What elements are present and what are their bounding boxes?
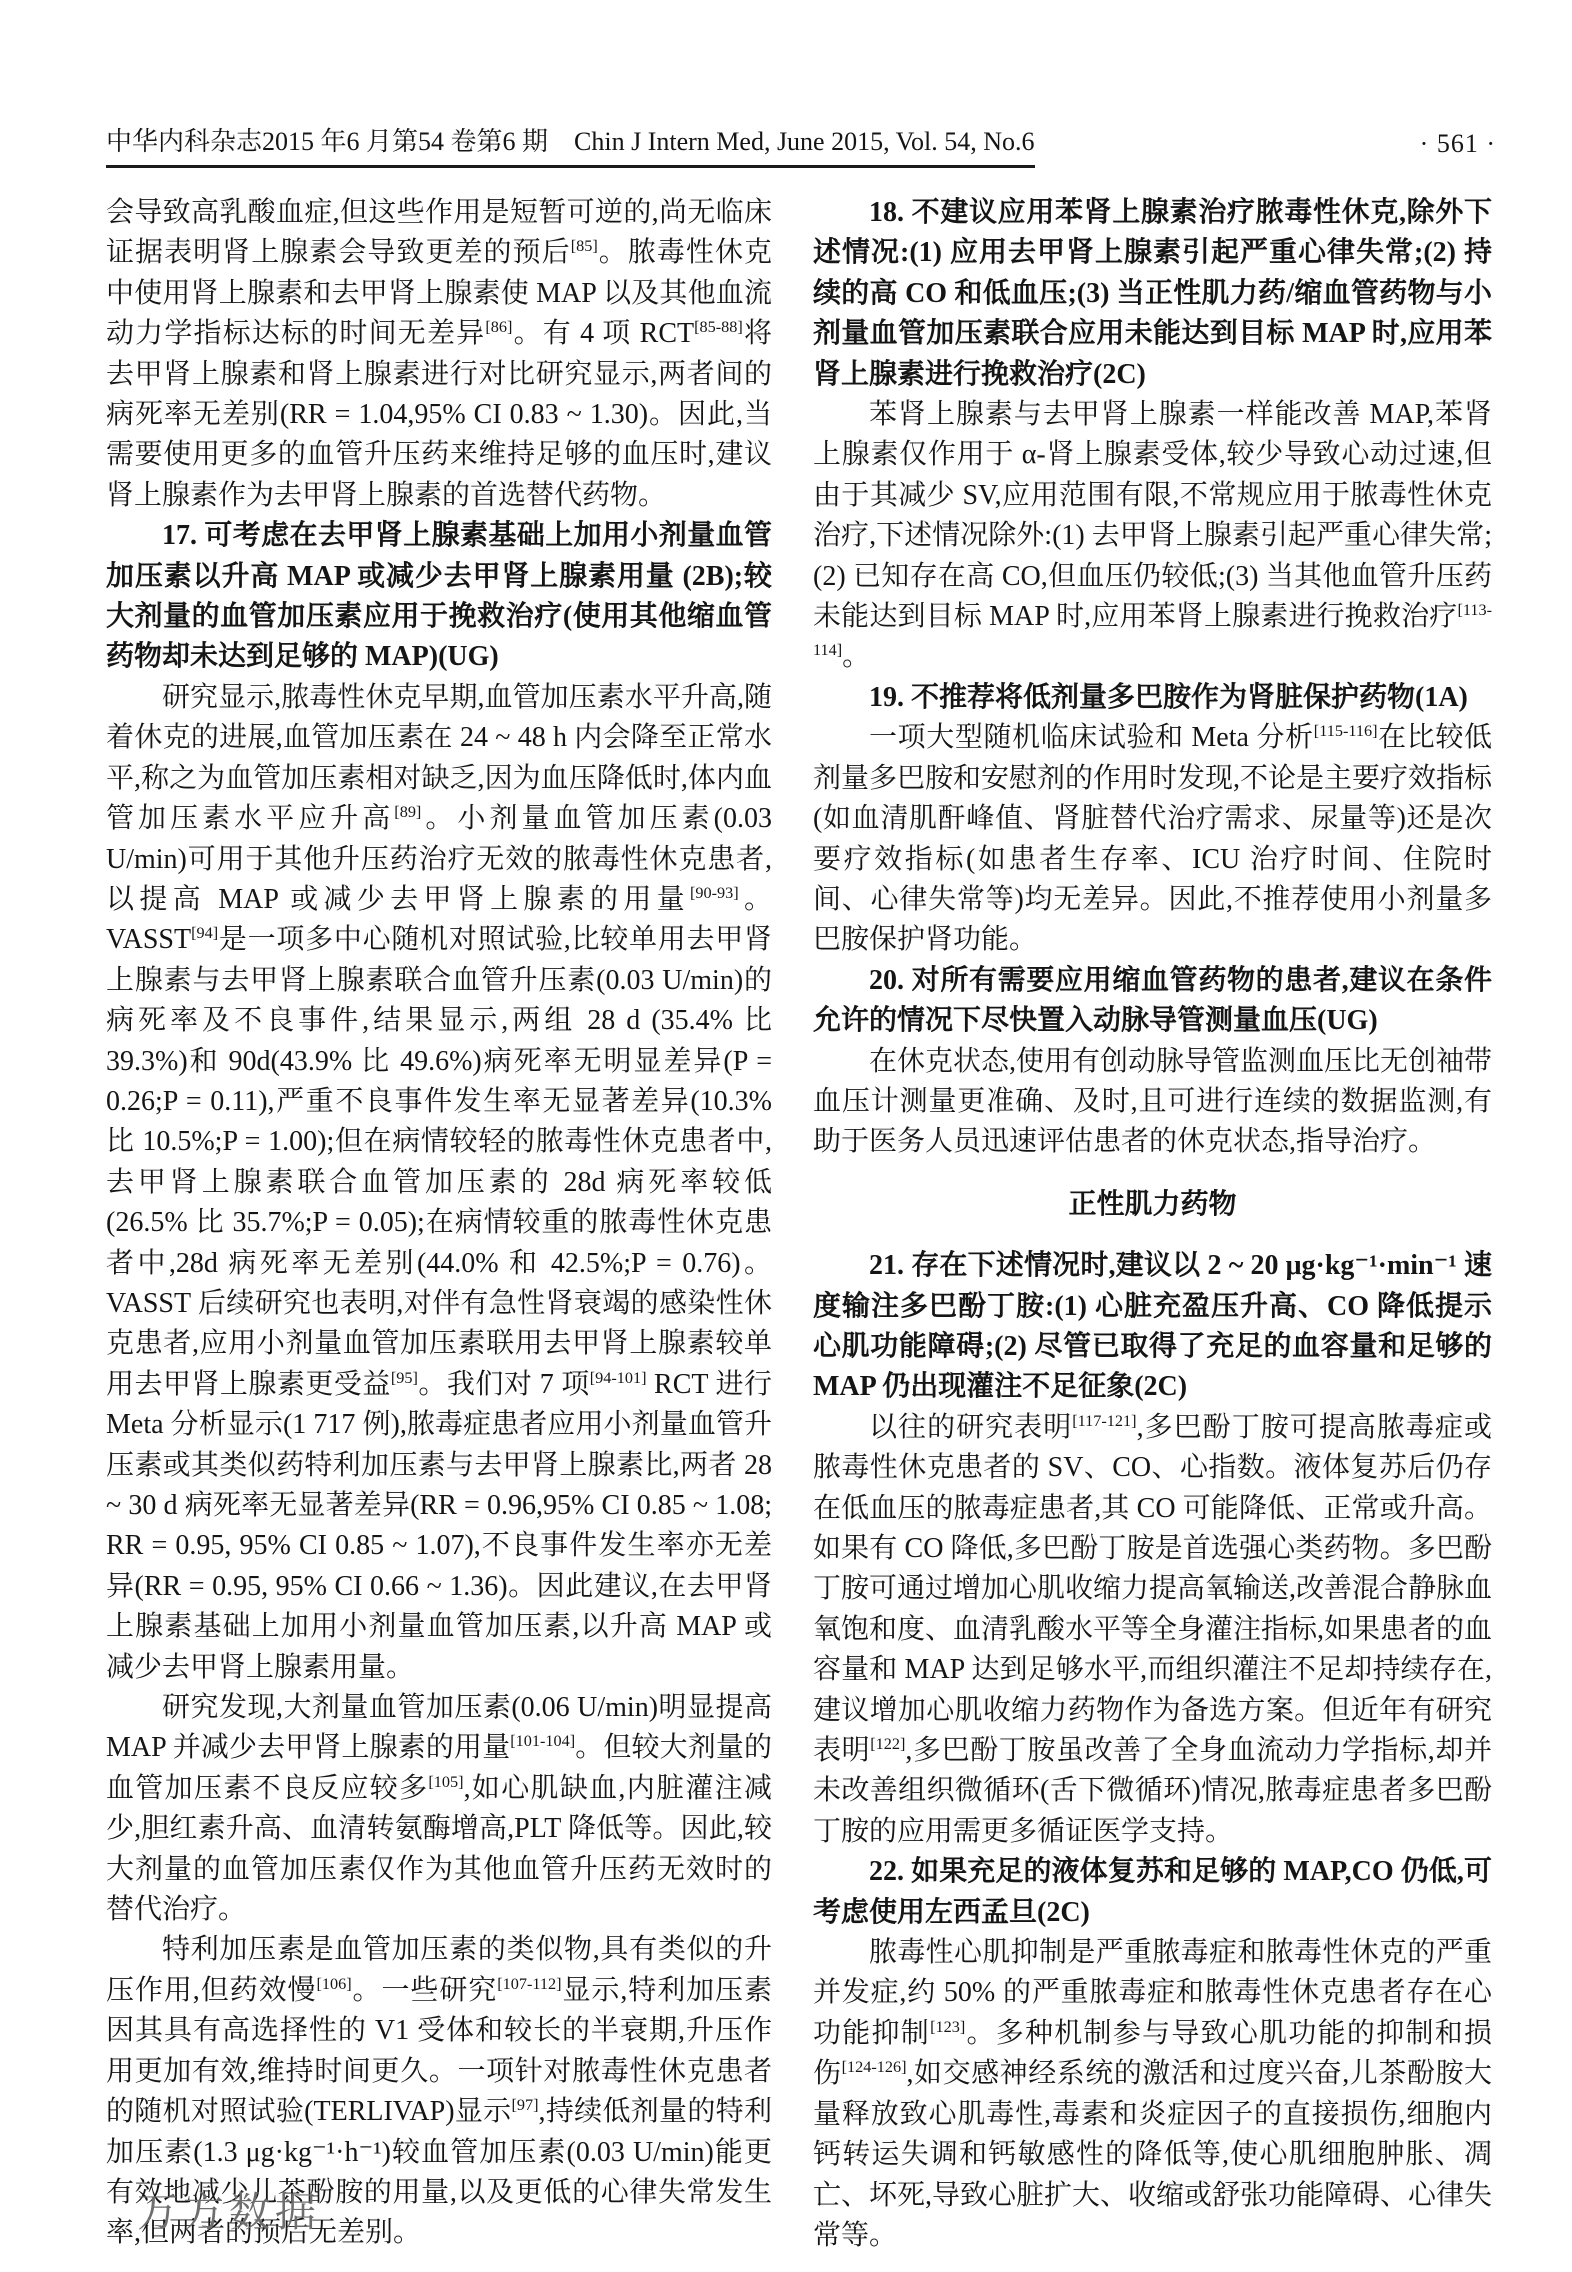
reference-marker: [113-114]	[813, 601, 1492, 659]
body-paragraph: 研究显示,脓毒性休克早期,血管加压素水平升高,随着休克的进展,血管加压素在 24…	[106, 678, 772, 1688]
reference-marker: [107-112]	[497, 1975, 561, 1993]
reference-marker: [95]	[391, 1369, 418, 1387]
recommendation-heading: 20. 对所有需要应用缩血管药物的患者,建议在条件允许的情况下尽快置入动脉导管测…	[813, 961, 1492, 1042]
journal-title-en: Chin J Intern Med, June 2015, Vol. 54, N…	[574, 127, 1035, 156]
wanfang-watermark: 万方数据	[137, 2188, 321, 2236]
body-paragraph: 一项大型随机临床试验和 Meta 分析[115-116]在比较低剂量多巴胺和安慰…	[813, 718, 1492, 960]
right-column: 18. 不建议应用苯肾上腺素治疗脓毒性休克,除外下述情况:(1) 应用去甲肾上腺…	[813, 193, 1492, 2256]
section-title: 正性肌力药物	[813, 1185, 1492, 1225]
left-column: 会导致高乳酸血症,但这些作用是短暂可逆的,尚无临床证据表明肾上腺素会导致更差的预…	[106, 193, 772, 2256]
reference-marker: [106]	[316, 1975, 351, 1993]
body-paragraph: 脓毒性心肌抑制是严重脓毒症和脓毒性休克的严重并发症,约 50% 的严重脓毒症和脓…	[813, 1933, 1492, 2256]
recommendation-heading: 18. 不建议应用苯肾上腺素治疗脓毒性休克,除外下述情况:(1) 应用去甲肾上腺…	[813, 193, 1492, 395]
reference-marker: [86]	[485, 318, 512, 336]
reference-marker: [97]	[511, 2096, 538, 2114]
body-paragraph: 会导致高乳酸血症,但这些作用是短暂可逆的,尚无临床证据表明肾上腺素会导致更差的预…	[106, 193, 772, 516]
reference-marker: [90-93]	[690, 884, 739, 902]
body-paragraph: 研究发现,大剂量血管加压素(0.06 U/min)明显提高 MAP 并减少去甲肾…	[106, 1688, 772, 1930]
recommendation-heading: 22. 如果充足的液体复苏和足够的 MAP,CO 仍低,可考虑使用左西孟旦(2C…	[813, 1852, 1492, 1933]
reference-marker: [115-116]	[1314, 722, 1378, 740]
journal-masthead: 中华内科杂志2015 年6 月第54 卷第6 期Chin J Intern Me…	[106, 126, 1035, 168]
page-number: · 561 ·	[1420, 126, 1496, 160]
reference-marker: [89]	[394, 803, 421, 821]
reference-marker: [105]	[428, 1773, 463, 1791]
reference-marker: [101-104]	[510, 1732, 575, 1750]
reference-marker: [85-88]	[694, 318, 743, 336]
page-header: 中华内科杂志2015 年6 月第54 卷第6 期Chin J Intern Me…	[106, 126, 1496, 168]
recommendation-heading: 17. 可考虑在去甲肾上腺素基础上加用小剂量血管加压素以升高 MAP 或减少去甲…	[106, 516, 772, 678]
recommendation-heading: 21. 存在下述情况时,建议以 2 ~ 20 μg·kg⁻¹·min⁻¹ 速度输…	[813, 1246, 1492, 1408]
article-body: 会导致高乳酸血症,但这些作用是短暂可逆的,尚无临床证据表明肾上腺素会导致更差的预…	[106, 193, 1492, 2256]
body-paragraph: 以往的研究表明[117-121],多巴酚丁胺可提高脓毒症或脓毒性休克患者的 SV…	[813, 1408, 1492, 1852]
reference-marker: [123]	[930, 2018, 965, 2036]
reference-marker: [117-121]	[1072, 1412, 1136, 1430]
reference-marker: [94-101]	[590, 1369, 647, 1387]
reference-marker: [85]	[571, 237, 598, 255]
body-paragraph: 苯肾上腺素与去甲肾上腺素一样能改善 MAP,苯肾上腺素仅作用于 α-肾上腺素受体…	[813, 395, 1492, 678]
reference-marker: [94]	[191, 924, 218, 942]
recommendation-heading: 19. 不推荐将低剂量多巴胺作为肾脏保护药物(1A)	[813, 678, 1492, 718]
reference-marker: [122]	[870, 1735, 905, 1753]
reference-marker: [124-126]	[842, 2058, 907, 2076]
journal-page: 中华内科杂志2015 年6 月第54 卷第6 期Chin J Intern Me…	[0, 0, 1572, 2272]
body-paragraph: 在休克状态,使用有创动脉导管监测血压比无创袖带血压计测量更准确、及时,且可进行连…	[813, 1042, 1492, 1163]
journal-title-cn: 中华内科杂志2015 年6 月第54 卷第6 期	[106, 127, 548, 156]
